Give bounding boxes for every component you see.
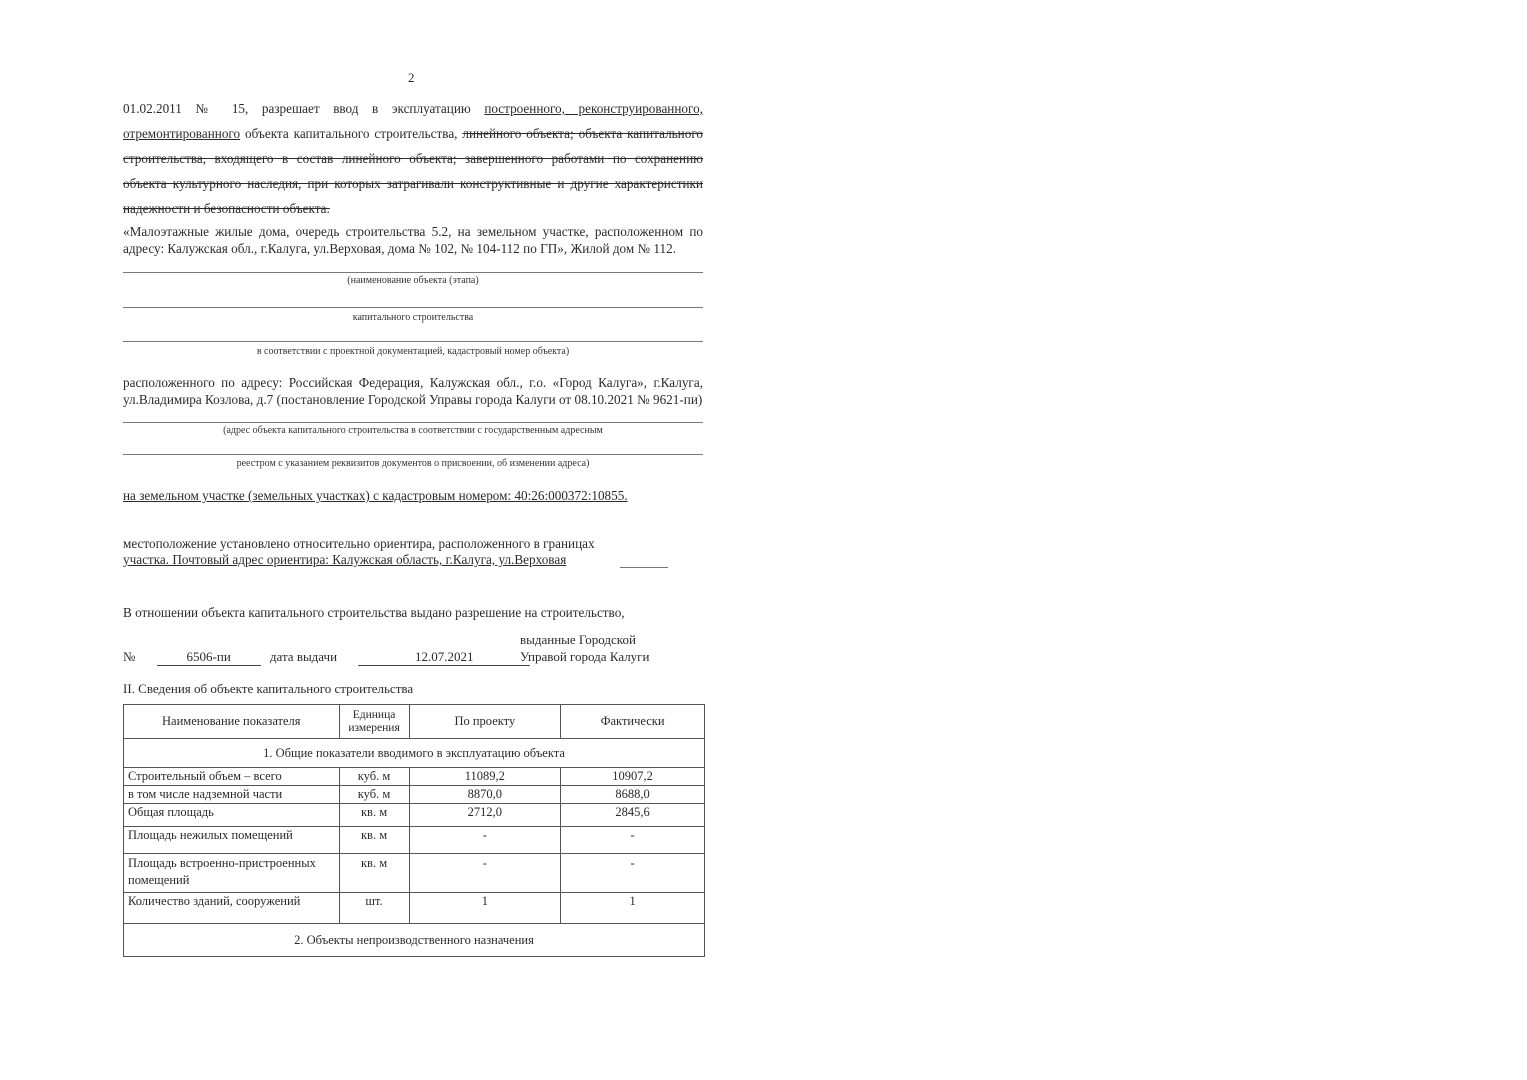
location-line-2: участка. Почтовый адрес ориентира: Калуж… bbox=[123, 552, 703, 569]
row-unit: шт. bbox=[339, 893, 409, 924]
permit-intro: В отношении объекта капитального строите… bbox=[123, 600, 703, 625]
table-group-row: 1. Общие показатели вводимого в эксплуат… bbox=[124, 739, 705, 768]
permit-date-label: дата выдачи bbox=[270, 649, 337, 664]
permit-number: 6506-пи bbox=[157, 649, 261, 666]
group-2-title: 2. Объекты непроизводственного назначени… bbox=[124, 924, 705, 957]
address-caption-1: (адрес объекта капитального строительств… bbox=[123, 425, 703, 436]
table-row: Строительный объем – всего куб. м 11089,… bbox=[124, 768, 705, 786]
table-row: Общая площадь кв. м 2712,0 2845,6 bbox=[124, 804, 705, 827]
header-unit: Единица измерения bbox=[339, 705, 409, 739]
row-project: 8870,0 bbox=[409, 786, 561, 804]
row-actual: 10907,2 bbox=[561, 768, 705, 786]
row-project: - bbox=[409, 854, 561, 893]
object-name-caption-2: капитального строительства bbox=[123, 312, 703, 323]
row-name: Строительный объем – всего bbox=[124, 768, 340, 786]
row-actual: 8688,0 bbox=[561, 786, 705, 804]
row-name: в том числе надземной части bbox=[124, 786, 340, 804]
divider bbox=[123, 454, 703, 455]
row-project: 11089,2 bbox=[409, 768, 561, 786]
land-plot: на земельном участке (земельных участках… bbox=[123, 483, 703, 508]
object-address: расположенного по адресу: Российская Фед… bbox=[123, 375, 703, 408]
permit-issuer-line-1: выданные Городской bbox=[520, 631, 649, 648]
permit-issuer: выданные Городской Управой города Калуги bbox=[520, 631, 649, 665]
intro-middle: объекта капитального строительства, bbox=[240, 126, 462, 141]
header-actual: Фактически bbox=[561, 705, 705, 739]
table-group-row: 2. Объекты непроизводственного назначени… bbox=[124, 924, 705, 957]
land-plot-label: на земельном участке (земельных участках… bbox=[123, 488, 514, 503]
table-header-row: Наименование показателя Единица измерени… bbox=[124, 705, 705, 739]
table-row: в том числе надземной части куб. м 8870,… bbox=[124, 786, 705, 804]
document-page: 2 01.02.2011 № 15, разрешает ввод в эксп… bbox=[0, 0, 1527, 1080]
intro-prefix: 01.02.2011 № 15, разрешает ввод в эксплу… bbox=[123, 101, 484, 116]
location-line-2-text: участка. Почтовый адрес ориентира: Калуж… bbox=[123, 552, 566, 567]
divider bbox=[123, 422, 703, 423]
permit-row: № 6506-пи дата выдачи 12.07.2021 bbox=[123, 649, 530, 666]
permit-issuer-line-2: Управой города Калуги bbox=[520, 648, 649, 665]
row-unit: куб. м bbox=[339, 768, 409, 786]
row-name: Площадь встроенно-пристроенных помещений bbox=[124, 854, 340, 893]
table-row: Площадь нежилых помещений кв. м - - bbox=[124, 827, 705, 854]
row-unit: кв. м bbox=[339, 854, 409, 893]
object-name: «Малоэтажные жилые дома, очередь строите… bbox=[123, 224, 703, 257]
object-name-caption-1: (наименование объекта (этапа) bbox=[123, 275, 703, 286]
header-project: По проекту bbox=[409, 705, 561, 739]
row-project: - bbox=[409, 827, 561, 854]
row-project: 1 bbox=[409, 893, 561, 924]
indicators-table: Наименование показателя Единица измерени… bbox=[123, 704, 705, 957]
row-actual: 2845,6 bbox=[561, 804, 705, 827]
group-1-title: 1. Общие показатели вводимого в эксплуат… bbox=[124, 739, 705, 768]
address-caption-2: реестром с указанием реквизитов документ… bbox=[123, 458, 703, 469]
cadastral-number: 40:26:000372:10855. bbox=[514, 488, 627, 503]
table-row: Площадь встроенно-пристроенных помещений… bbox=[124, 854, 705, 893]
section-title: II. Сведения об объекте капитального стр… bbox=[123, 681, 413, 697]
location-line-1: местоположение установлено относительно … bbox=[123, 536, 703, 553]
permit-date: 12.07.2021 bbox=[358, 649, 530, 666]
row-project: 2712,0 bbox=[409, 804, 561, 827]
intro-paragraph: 01.02.2011 № 15, разрешает ввод в эксплу… bbox=[123, 96, 703, 221]
permit-number-label: № bbox=[123, 649, 135, 664]
row-name: Количество зданий, сооружений bbox=[124, 893, 340, 924]
page-number: 2 bbox=[408, 70, 415, 86]
table-row: Количество зданий, сооружений шт. 1 1 bbox=[124, 893, 705, 924]
divider bbox=[123, 272, 703, 273]
row-name: Площадь нежилых помещений bbox=[124, 827, 340, 854]
row-unit: кв. м bbox=[339, 827, 409, 854]
row-actual: - bbox=[561, 827, 705, 854]
divider bbox=[123, 307, 703, 308]
row-name: Общая площадь bbox=[124, 804, 340, 827]
row-unit: куб. м bbox=[339, 786, 409, 804]
row-actual: 1 bbox=[561, 893, 705, 924]
row-unit: кв. м bbox=[339, 804, 409, 827]
divider bbox=[620, 567, 668, 568]
row-actual: - bbox=[561, 854, 705, 893]
header-name: Наименование показателя bbox=[124, 705, 340, 739]
divider bbox=[123, 341, 703, 342]
object-name-caption-3: в соответствии с проектной документацией… bbox=[123, 346, 703, 357]
